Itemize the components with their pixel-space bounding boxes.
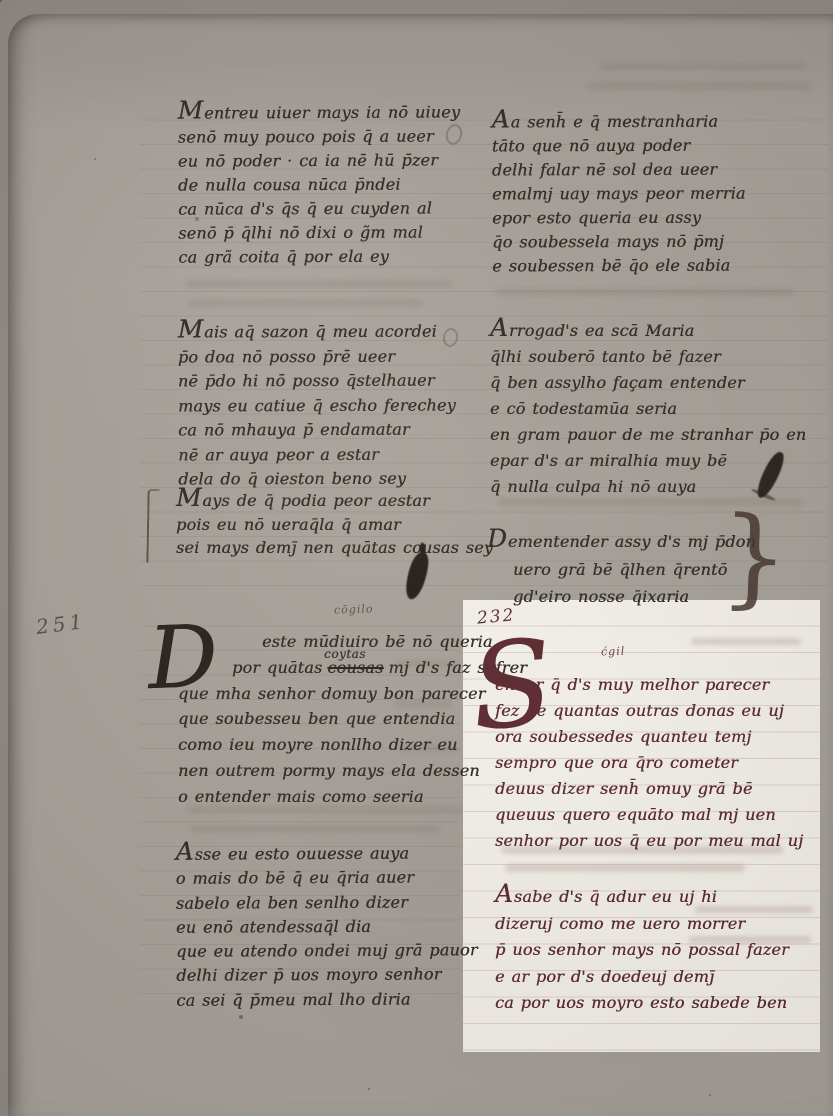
verse-line: sempro que ora q̄ro cometer xyxy=(495,750,803,776)
verse-line: ca sei q̄ p̄meu mal lho diria xyxy=(176,987,478,1013)
verse-line: e cō todestamūa seria xyxy=(490,396,806,422)
verse-line: ca grã coita q̄ por ela ey xyxy=(178,244,460,269)
verse-line: Aa senh̄ e q̄ mestranharia xyxy=(492,110,746,135)
verse-line: Asabe d's q̄ adur eu uj hi xyxy=(495,884,789,911)
verse-line: Mais aq̄ sazon q̄ meu acordei xyxy=(178,320,456,345)
verse-line: uero grā bē q̄lhen q̄rentō xyxy=(487,556,756,584)
verse-line: de nulla cousa nūca p̄ndei xyxy=(178,172,460,197)
verse-line: delhi dizer p̄ uos moyro senhor xyxy=(176,963,478,989)
verse-line: q̄ ben assylho façam entender xyxy=(490,370,806,396)
verse-line: Dementender assy d's mj p̄don xyxy=(487,528,756,556)
drop-initial-S: S xyxy=(466,623,557,748)
verse-line: Asse eu esto ouuesse auya xyxy=(176,841,478,867)
scribal-bracket: } xyxy=(718,507,790,609)
verse-line: Mentreu uiuer mays ia nō uiuey xyxy=(178,100,460,125)
verse-line: pois eu nō ueraq̄la q̄ amar xyxy=(176,513,493,537)
verse-line: nē ar auya peor a estar xyxy=(178,442,456,467)
interlinear-gloss: cōgilo xyxy=(334,602,374,616)
verse-line: eu enō atendessaq̄l dia xyxy=(176,914,478,940)
verse-line: senhor por uos q̄ eu por meu mal uj xyxy=(495,828,803,854)
stanza-left-1: Mentreu uiuer mays ia nō uiuey senō muy … xyxy=(178,100,461,269)
stanza-right-1: Aa senh̄ e q̄ mestranharia tāto que nō a… xyxy=(492,110,746,279)
verse-line: ca nō mhauya p̄ endamatar xyxy=(178,418,456,443)
stanza-left-5: Asse eu esto ouuesse auya o mais do bē q… xyxy=(176,841,478,1013)
verse-line: en gram pauor de me stranhar p̄o en xyxy=(490,422,806,448)
verse-line: delhi falar nē sol dea ueer xyxy=(492,158,746,183)
stanza-right-4-overlay: S enhor q̄ d's muy melhor parecer fez de… xyxy=(495,672,803,854)
verse-line: p̄ uos senhor mays nō possal fazer xyxy=(495,937,789,964)
stanza-left-3: Mays de q̄ podia peor aestar pois eu nō … xyxy=(176,489,493,560)
margin-bracket xyxy=(146,489,159,563)
verse-line: que eu atendo ondei muj grā pauor xyxy=(176,938,478,964)
verse-line: ca nūca d's q̄s q̄ eu cuyden al xyxy=(178,196,460,221)
verse-line: sabelo ela ben senlho dizer xyxy=(176,890,478,916)
interlinear-gloss: ćgil xyxy=(601,645,626,659)
verse-line: e soubessen bē q̄o ele sabia xyxy=(492,254,746,279)
verse-line: tāto que nō auya poder xyxy=(492,134,746,159)
verse-line: senō muy pouco pois q̄ a ueer xyxy=(178,124,460,149)
verse-line: queuus quero equāto mal mj uen xyxy=(495,802,803,828)
paper-specks xyxy=(0,0,2,2)
verse-line: nen outrem pormy mays ela dessen xyxy=(178,758,527,784)
verse-line: dizeruj como me uero morrer xyxy=(495,911,789,938)
verse-line: q̄o soubessela mays nō p̄mj xyxy=(492,230,746,255)
drop-initial-D: D xyxy=(147,614,219,702)
verse-line: p̄o doa nō posso p̄rē ueer xyxy=(178,344,456,369)
folio-number-right: 232 xyxy=(476,605,516,628)
verse-line: senō p̄ q̄lhi nō dixi o g̃m mal xyxy=(178,220,460,245)
stanza-right-5-overlay: Asabe d's q̄ adur eu uj hi dizeruj como … xyxy=(495,884,789,1017)
verse-line: o mais do bē q̄ eu q̄ria auer xyxy=(176,866,478,892)
interlinear-correction: coytas xyxy=(324,642,366,668)
verse-line: Arrogad's ea scā Maria xyxy=(490,318,806,344)
verse-line: sei mays demj̄ nen quātas cousas sey xyxy=(176,536,493,560)
verse-line: Mays de q̄ podia peor aestar xyxy=(176,489,493,513)
verse-line: q̄lhi souberō tanto bē fazer xyxy=(490,344,806,370)
verse-line: emalmj uay mays peor merria xyxy=(492,182,746,207)
verse-line: e ar por d's doedeuj demj̄ xyxy=(495,964,789,991)
verse-line: o entender mais como seeria xyxy=(178,784,527,810)
stanza-left-2: Mais aq̄ sazon q̄ meu acordei p̄o doa nō… xyxy=(178,320,456,492)
verse-line: ca por uos moyro esto sabede ben xyxy=(495,990,789,1017)
verse-line: eu nō poder · ca ia nē hū p̄zer xyxy=(178,148,460,173)
stanza-right-3: Dementender assy d's mj p̄don uero grā b… xyxy=(487,528,756,611)
verse-line: epar d's ar miralhia muy bē xyxy=(490,448,806,474)
verse-line: gd'eiro nosse q̄ixaria xyxy=(487,583,756,611)
verse-line: epor esto queria eu assy xyxy=(492,206,746,231)
manuscript-photo: Mentreu uiuer mays ia nō uiuey senō muy … xyxy=(0,0,833,1116)
stanza-right-2: Arrogad's ea scā Maria q̄lhi souberō tan… xyxy=(490,318,806,500)
verse-line: nē p̄do hi nō posso q̄stelhauer xyxy=(178,369,456,394)
verse-line: mays eu catiue q̄ escho ferechey xyxy=(178,393,456,418)
verse-segment: por quātas xyxy=(232,658,322,677)
verse-line: deuus dizer senh̄ omuy grā bē xyxy=(495,776,803,802)
